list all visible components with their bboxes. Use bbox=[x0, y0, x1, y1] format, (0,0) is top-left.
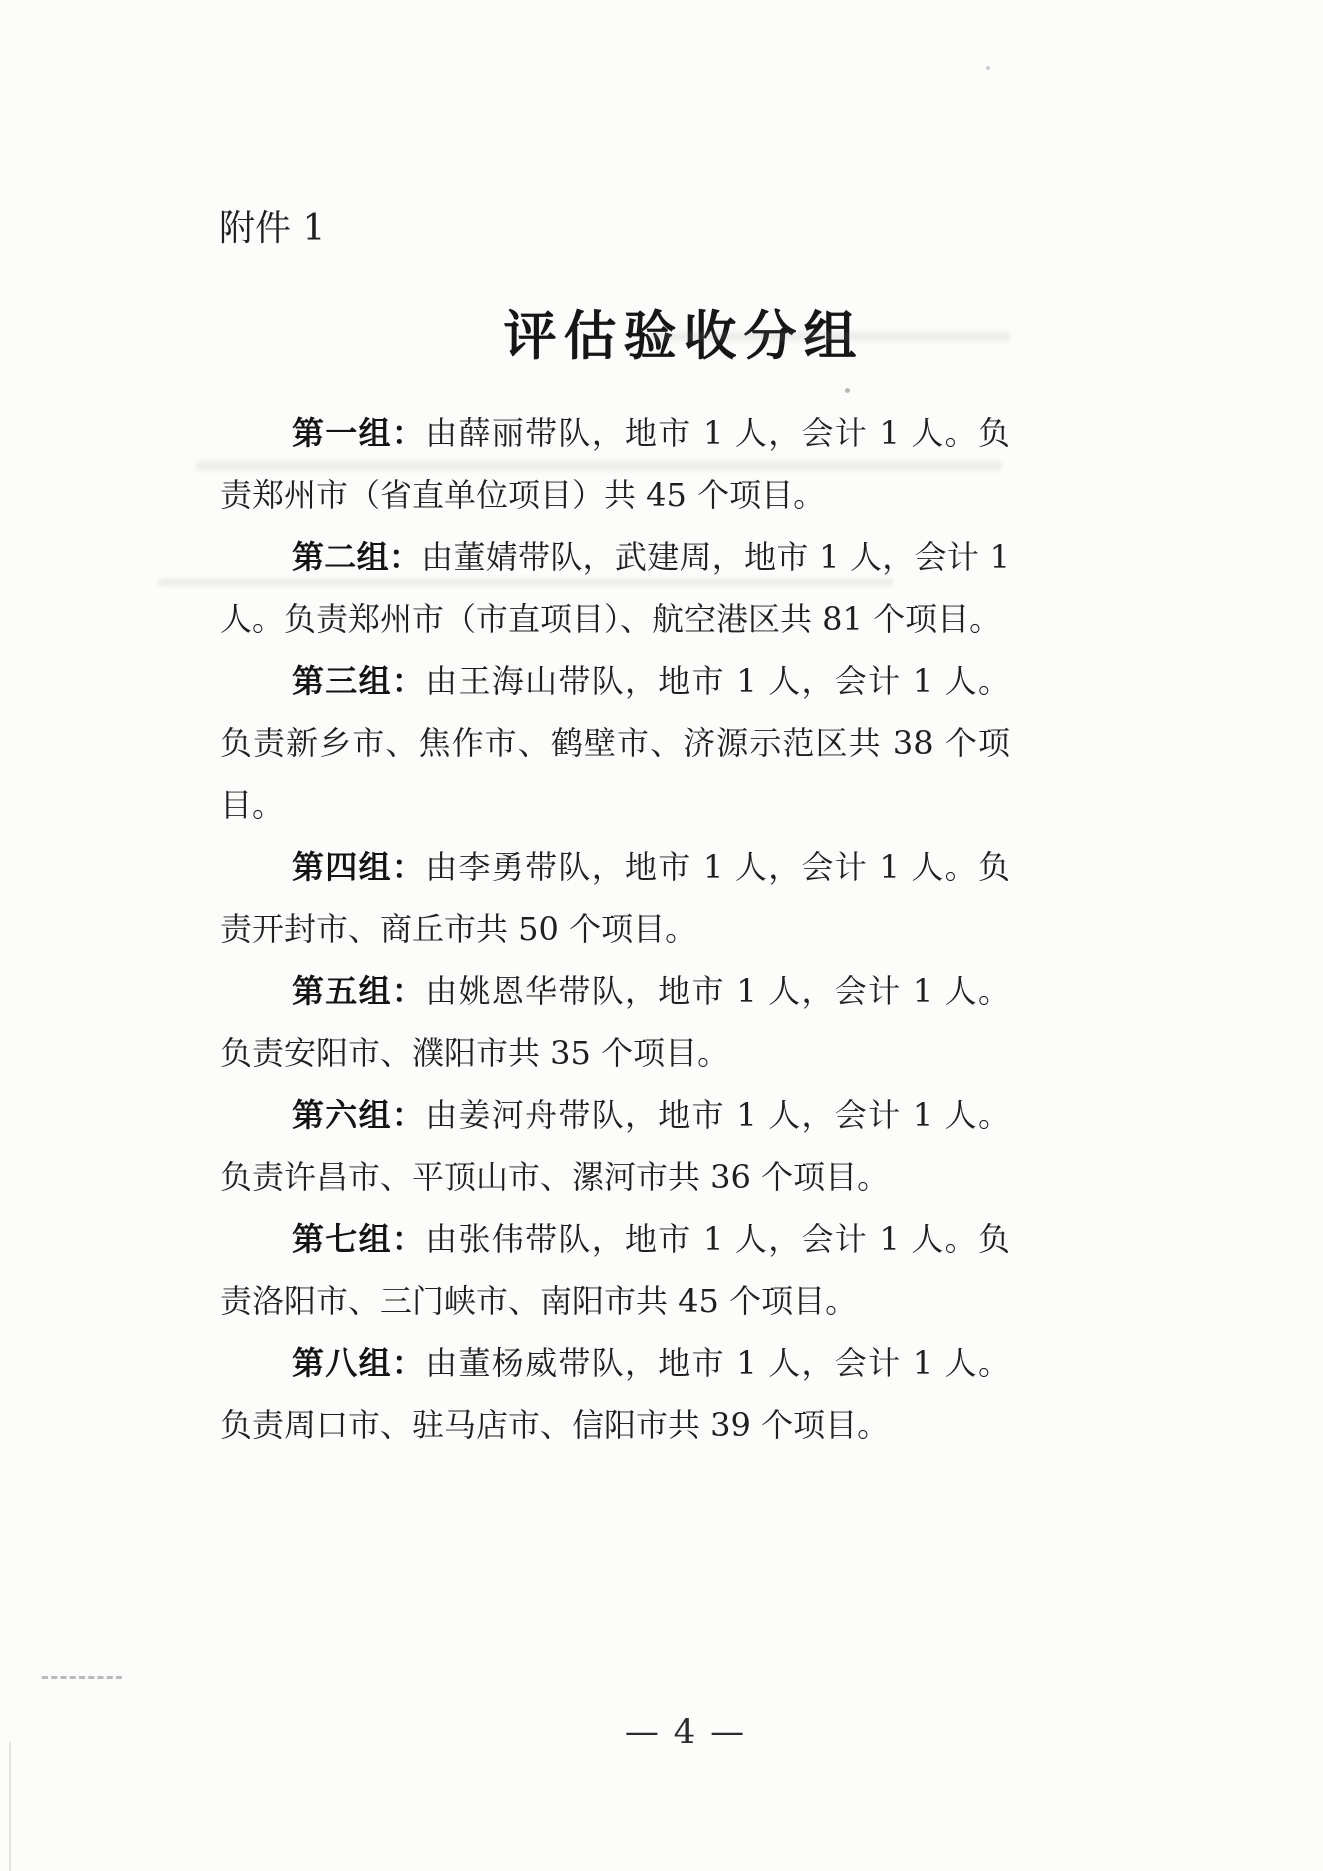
group-label: 第八组： bbox=[292, 1344, 425, 1382]
scan-bleed-artifact bbox=[648, 332, 1010, 341]
group-paragraph: 第二组：由董婧带队，武建周，地市 1 人，会计 1 人。负责郑州市（市直项目）、… bbox=[220, 526, 1010, 650]
document-page: 附件 1 评估验收分组 第一组：由薛丽带队，地市 1 人，会计 1 人。负责郑州… bbox=[0, 0, 1323, 1871]
page-number: — 4 — bbox=[0, 1712, 1323, 1752]
group-label: 第一组： bbox=[292, 414, 425, 452]
group-label: 第五组： bbox=[292, 972, 425, 1010]
document-body: 第一组：由薛丽带队，地市 1 人，会计 1 人。负责郑州市（省直单位项目）共 4… bbox=[220, 402, 1010, 1456]
scan-dash-mark bbox=[42, 1676, 122, 1679]
scan-speck bbox=[845, 388, 850, 393]
scan-bleed-artifact bbox=[158, 578, 894, 586]
group-label: 第三组： bbox=[292, 662, 425, 700]
group-paragraph: 第七组：由张伟带队，地市 1 人，会计 1 人。负责洛阳市、三门峡市、南阳市共 … bbox=[220, 1208, 1010, 1332]
group-paragraph: 第五组：由姚恩华带队，地市 1 人，会计 1 人。负责安阳市、濮阳市共 35 个… bbox=[220, 960, 1010, 1084]
group-paragraph: 第四组：由李勇带队，地市 1 人，会计 1 人。负责开封市、商丘市共 50 个项… bbox=[220, 836, 1010, 960]
scan-bleed-artifact bbox=[196, 461, 1002, 471]
attachment-label: 附件 1 bbox=[219, 200, 325, 251]
group-paragraph: 第六组：由姜河舟带队，地市 1 人，会计 1 人。负责许昌市、平顶山市、漯河市共… bbox=[220, 1084, 1010, 1208]
group-label: 第六组： bbox=[292, 1096, 425, 1134]
group-label: 第七组： bbox=[292, 1220, 425, 1258]
group-paragraph: 第八组：由董杨威带队，地市 1 人，会计 1 人。负责周口市、驻马店市、信阳市共… bbox=[220, 1332, 1010, 1456]
group-label: 第二组： bbox=[292, 538, 421, 576]
scan-speck bbox=[986, 66, 990, 70]
group-label: 第四组： bbox=[292, 848, 425, 886]
group-paragraph: 第三组：由王海山带队，地市 1 人，会计 1 人。负责新乡市、焦作市、鹤壁市、济… bbox=[220, 650, 1010, 836]
scan-edge-line bbox=[9, 1742, 11, 1871]
